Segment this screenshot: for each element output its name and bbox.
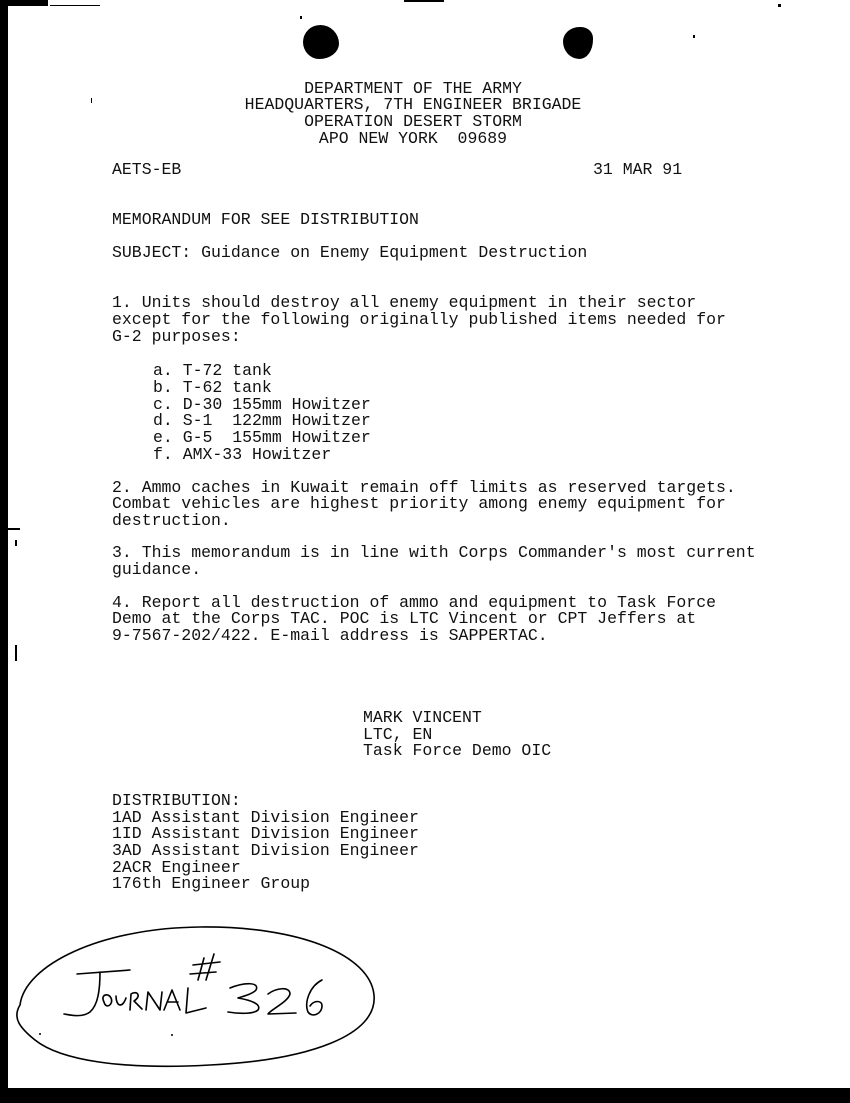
scan-artifact <box>8 0 48 6</box>
scan-artifact <box>8 528 20 530</box>
paragraph-3-line: 3. This memorandum is in line with Corps… <box>112 545 756 562</box>
paragraph-4-line: 9-7567-202/422. E-mail address is SAPPER… <box>112 628 548 645</box>
office-symbol: AETS-EB <box>112 162 181 179</box>
scan-artifact <box>778 4 781 7</box>
distribution-recipient: 176th Engineer Group <box>112 876 310 893</box>
memo-page: DEPARTMENT OF THE ARMY HEADQUARTERS, 7TH… <box>0 0 850 1103</box>
punch-hole-right <box>563 27 593 59</box>
subject-line: SUBJECT: Guidance on Enemy Equipment Des… <box>112 245 587 262</box>
scan-artifact <box>50 5 100 6</box>
list-item: f. AMX-33 Howitzer <box>153 447 331 464</box>
paragraph-2-line: destruction. <box>112 513 231 530</box>
paragraph-3-line: guidance. <box>112 562 201 579</box>
paragraph-1-line: G-2 purposes: <box>112 329 241 346</box>
letterhead-line-4: APO NEW YORK 09689 <box>0 131 826 148</box>
scan-artifact <box>300 16 302 19</box>
memo-for-line: MEMORANDUM FOR SEE DISTRIBUTION <box>112 212 419 229</box>
scan-bottom-border <box>0 1088 850 1103</box>
oval-circle-stroke <box>17 927 374 1066</box>
signer-title: Task Force Demo OIC <box>363 743 551 760</box>
scan-artifact <box>404 0 444 2</box>
scan-artifact <box>693 35 695 38</box>
handwritten-journal-annotation <box>0 910 420 1090</box>
scan-artifact <box>15 540 17 546</box>
punch-hole-left <box>303 25 339 59</box>
memo-date: 31 MAR 91 <box>593 162 682 179</box>
scan-artifact <box>15 645 17 661</box>
